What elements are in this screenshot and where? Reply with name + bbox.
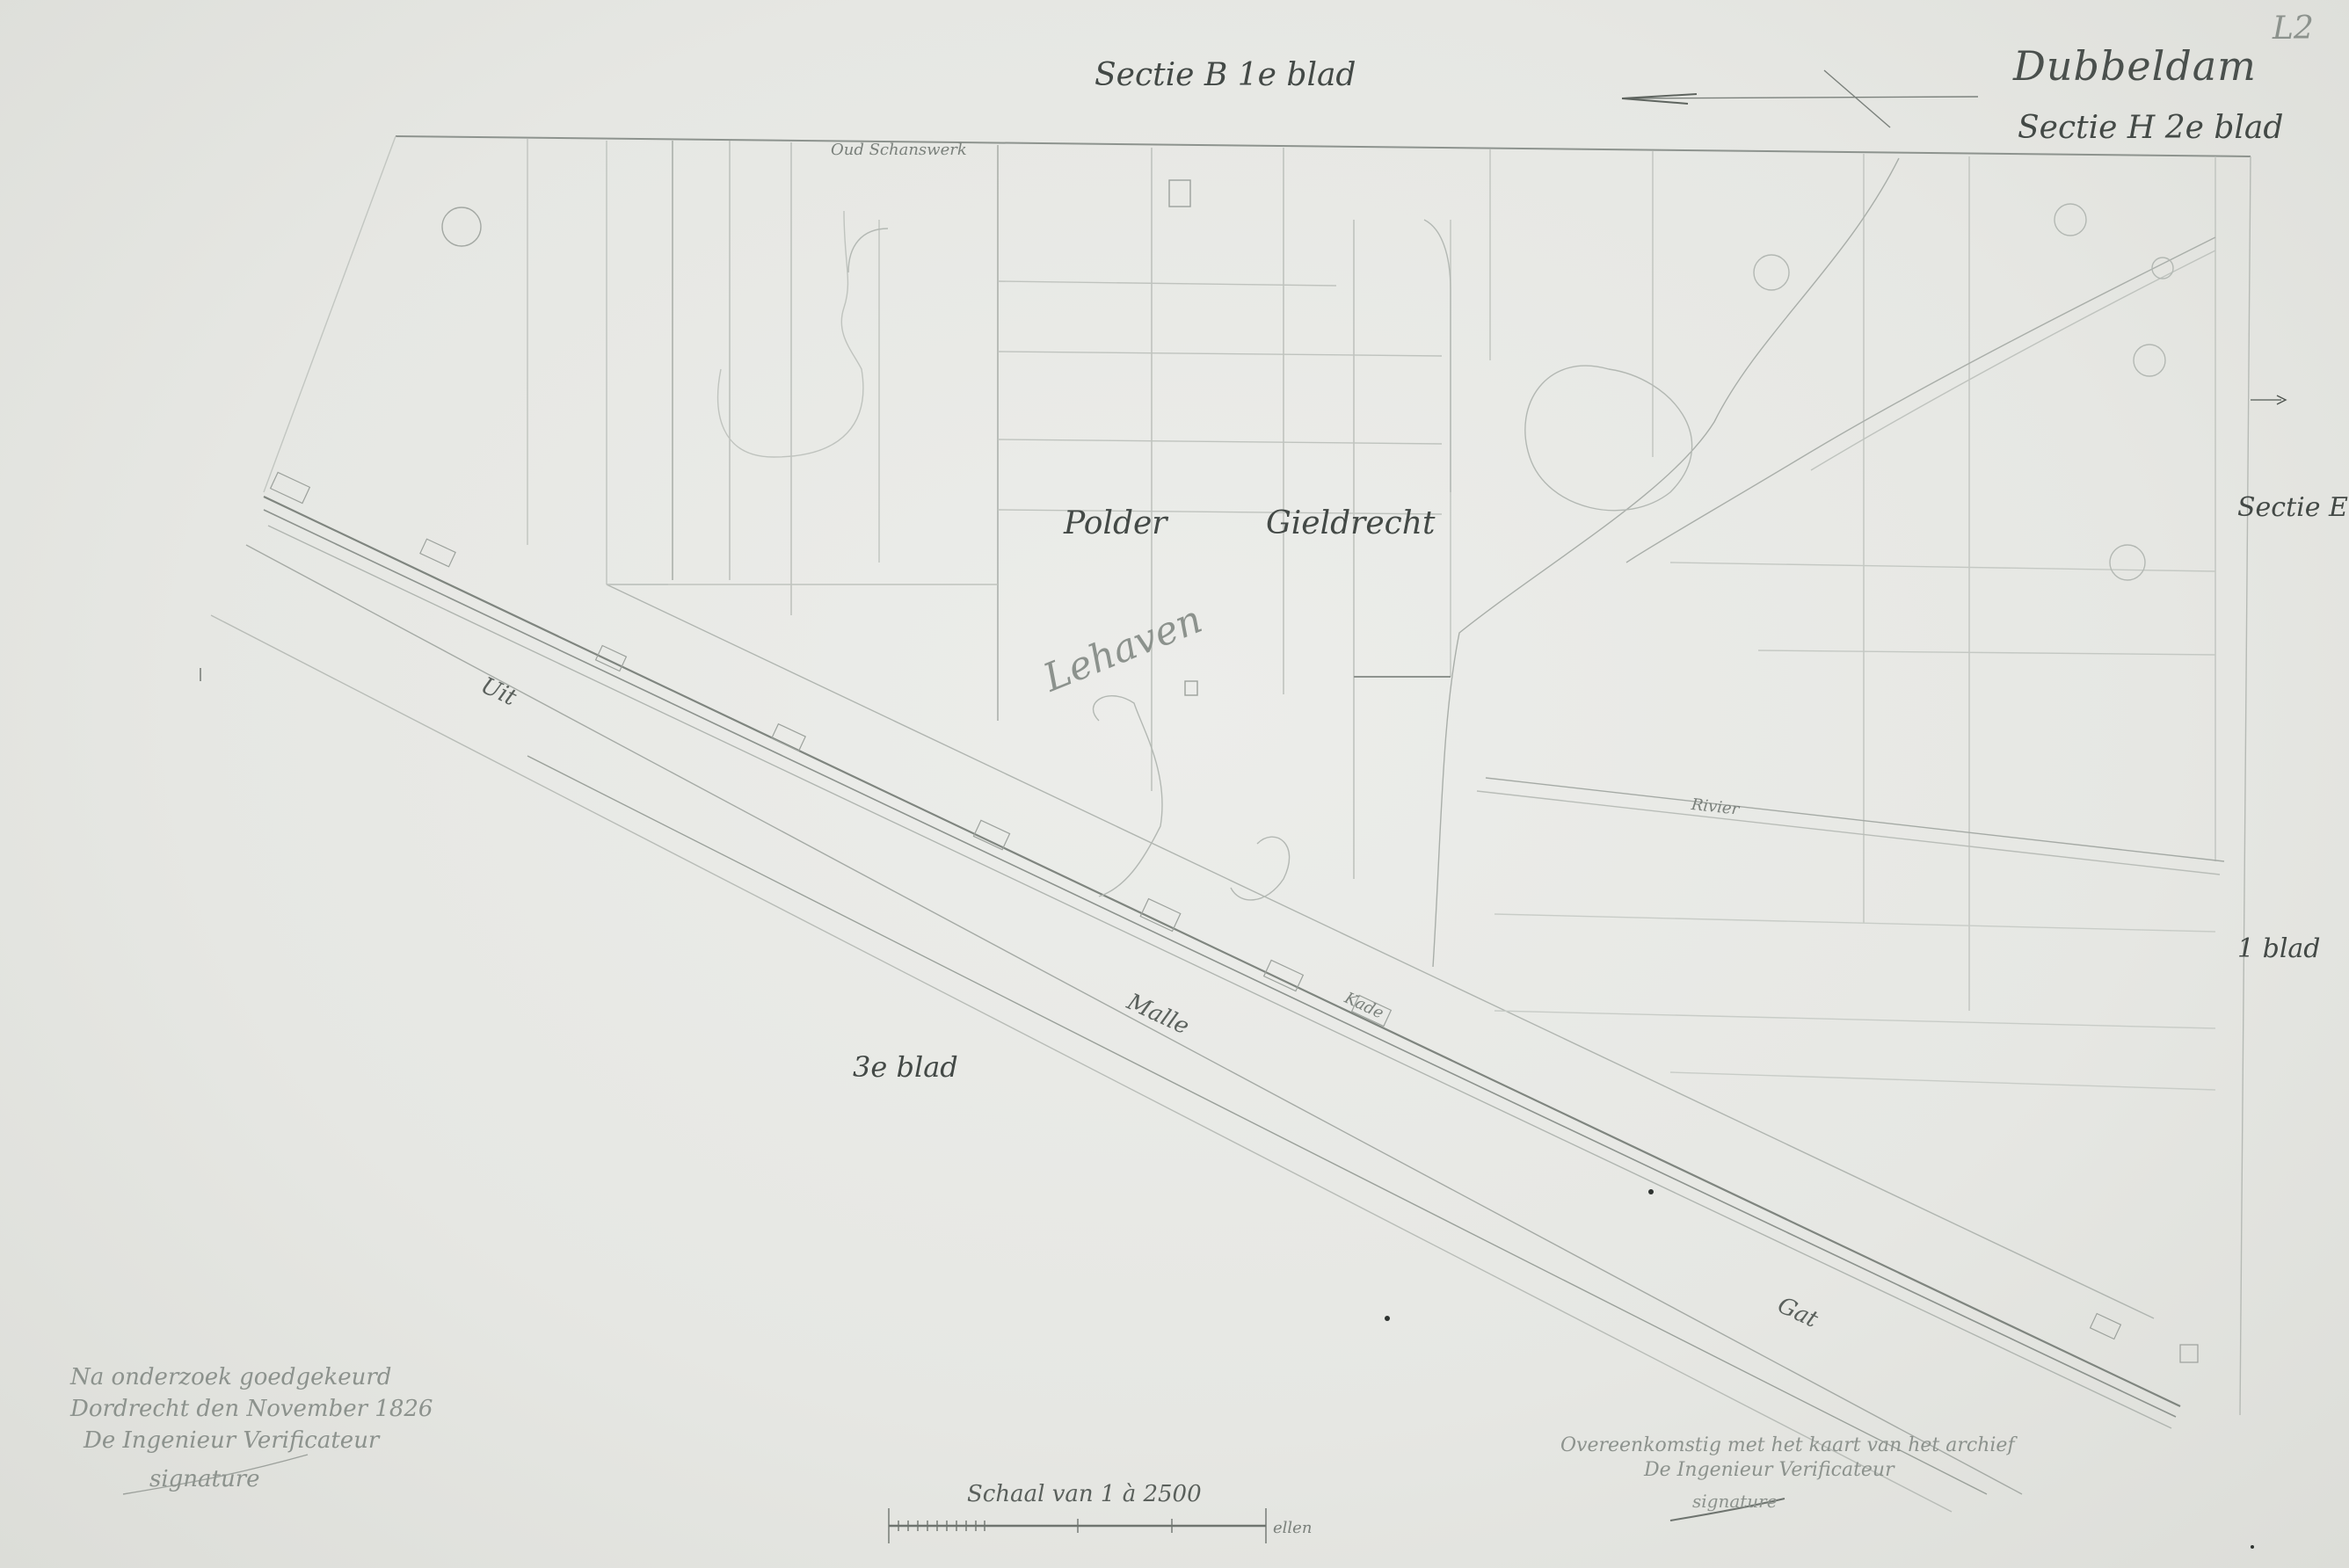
section-heading: Sectie H 2e blad xyxy=(2018,110,2283,146)
right-sheet-label: 1 blad xyxy=(2237,933,2321,964)
polder-label: Polder xyxy=(1064,505,1167,541)
scale-unit: ellen xyxy=(1273,1519,1312,1537)
bottom-neighbor-label: 3e blad xyxy=(853,1050,958,1084)
signature-left: signature xyxy=(149,1466,260,1492)
certification-left-line-2: Dordrecht den November 1826 xyxy=(70,1396,433,1422)
certification-left-line-3: De Ingenieur Verificateur xyxy=(84,1427,379,1454)
scale-label: Schaal van 1 à 2500 xyxy=(967,1481,1202,1507)
road-label-top: Oud Schanswerk xyxy=(831,141,967,159)
map-title: Dubbeldam xyxy=(2013,42,2257,90)
top-neighbor-label: Sectie B 1e blad xyxy=(1095,57,1356,93)
map-drawing xyxy=(0,0,2349,1568)
certification-right-line-1: Overeenkomstig met het kaart van het arc… xyxy=(1560,1434,2015,1456)
signature-right: signature xyxy=(1692,1491,1778,1512)
certification-left-line-1: Na onderzoek goedgekeurd xyxy=(70,1364,391,1390)
certification-right-line-2: De Ingenieur Verificateur xyxy=(1644,1459,1894,1481)
cadastral-map-sheet: Dubbeldam Sectie H 2e blad L2 Sectie B 1… xyxy=(0,0,2349,1568)
right-section-label: Sectie E xyxy=(2237,492,2348,523)
polder-name-label: Gieldrecht xyxy=(1266,505,1435,541)
corner-mark: L2 xyxy=(2273,11,2314,47)
